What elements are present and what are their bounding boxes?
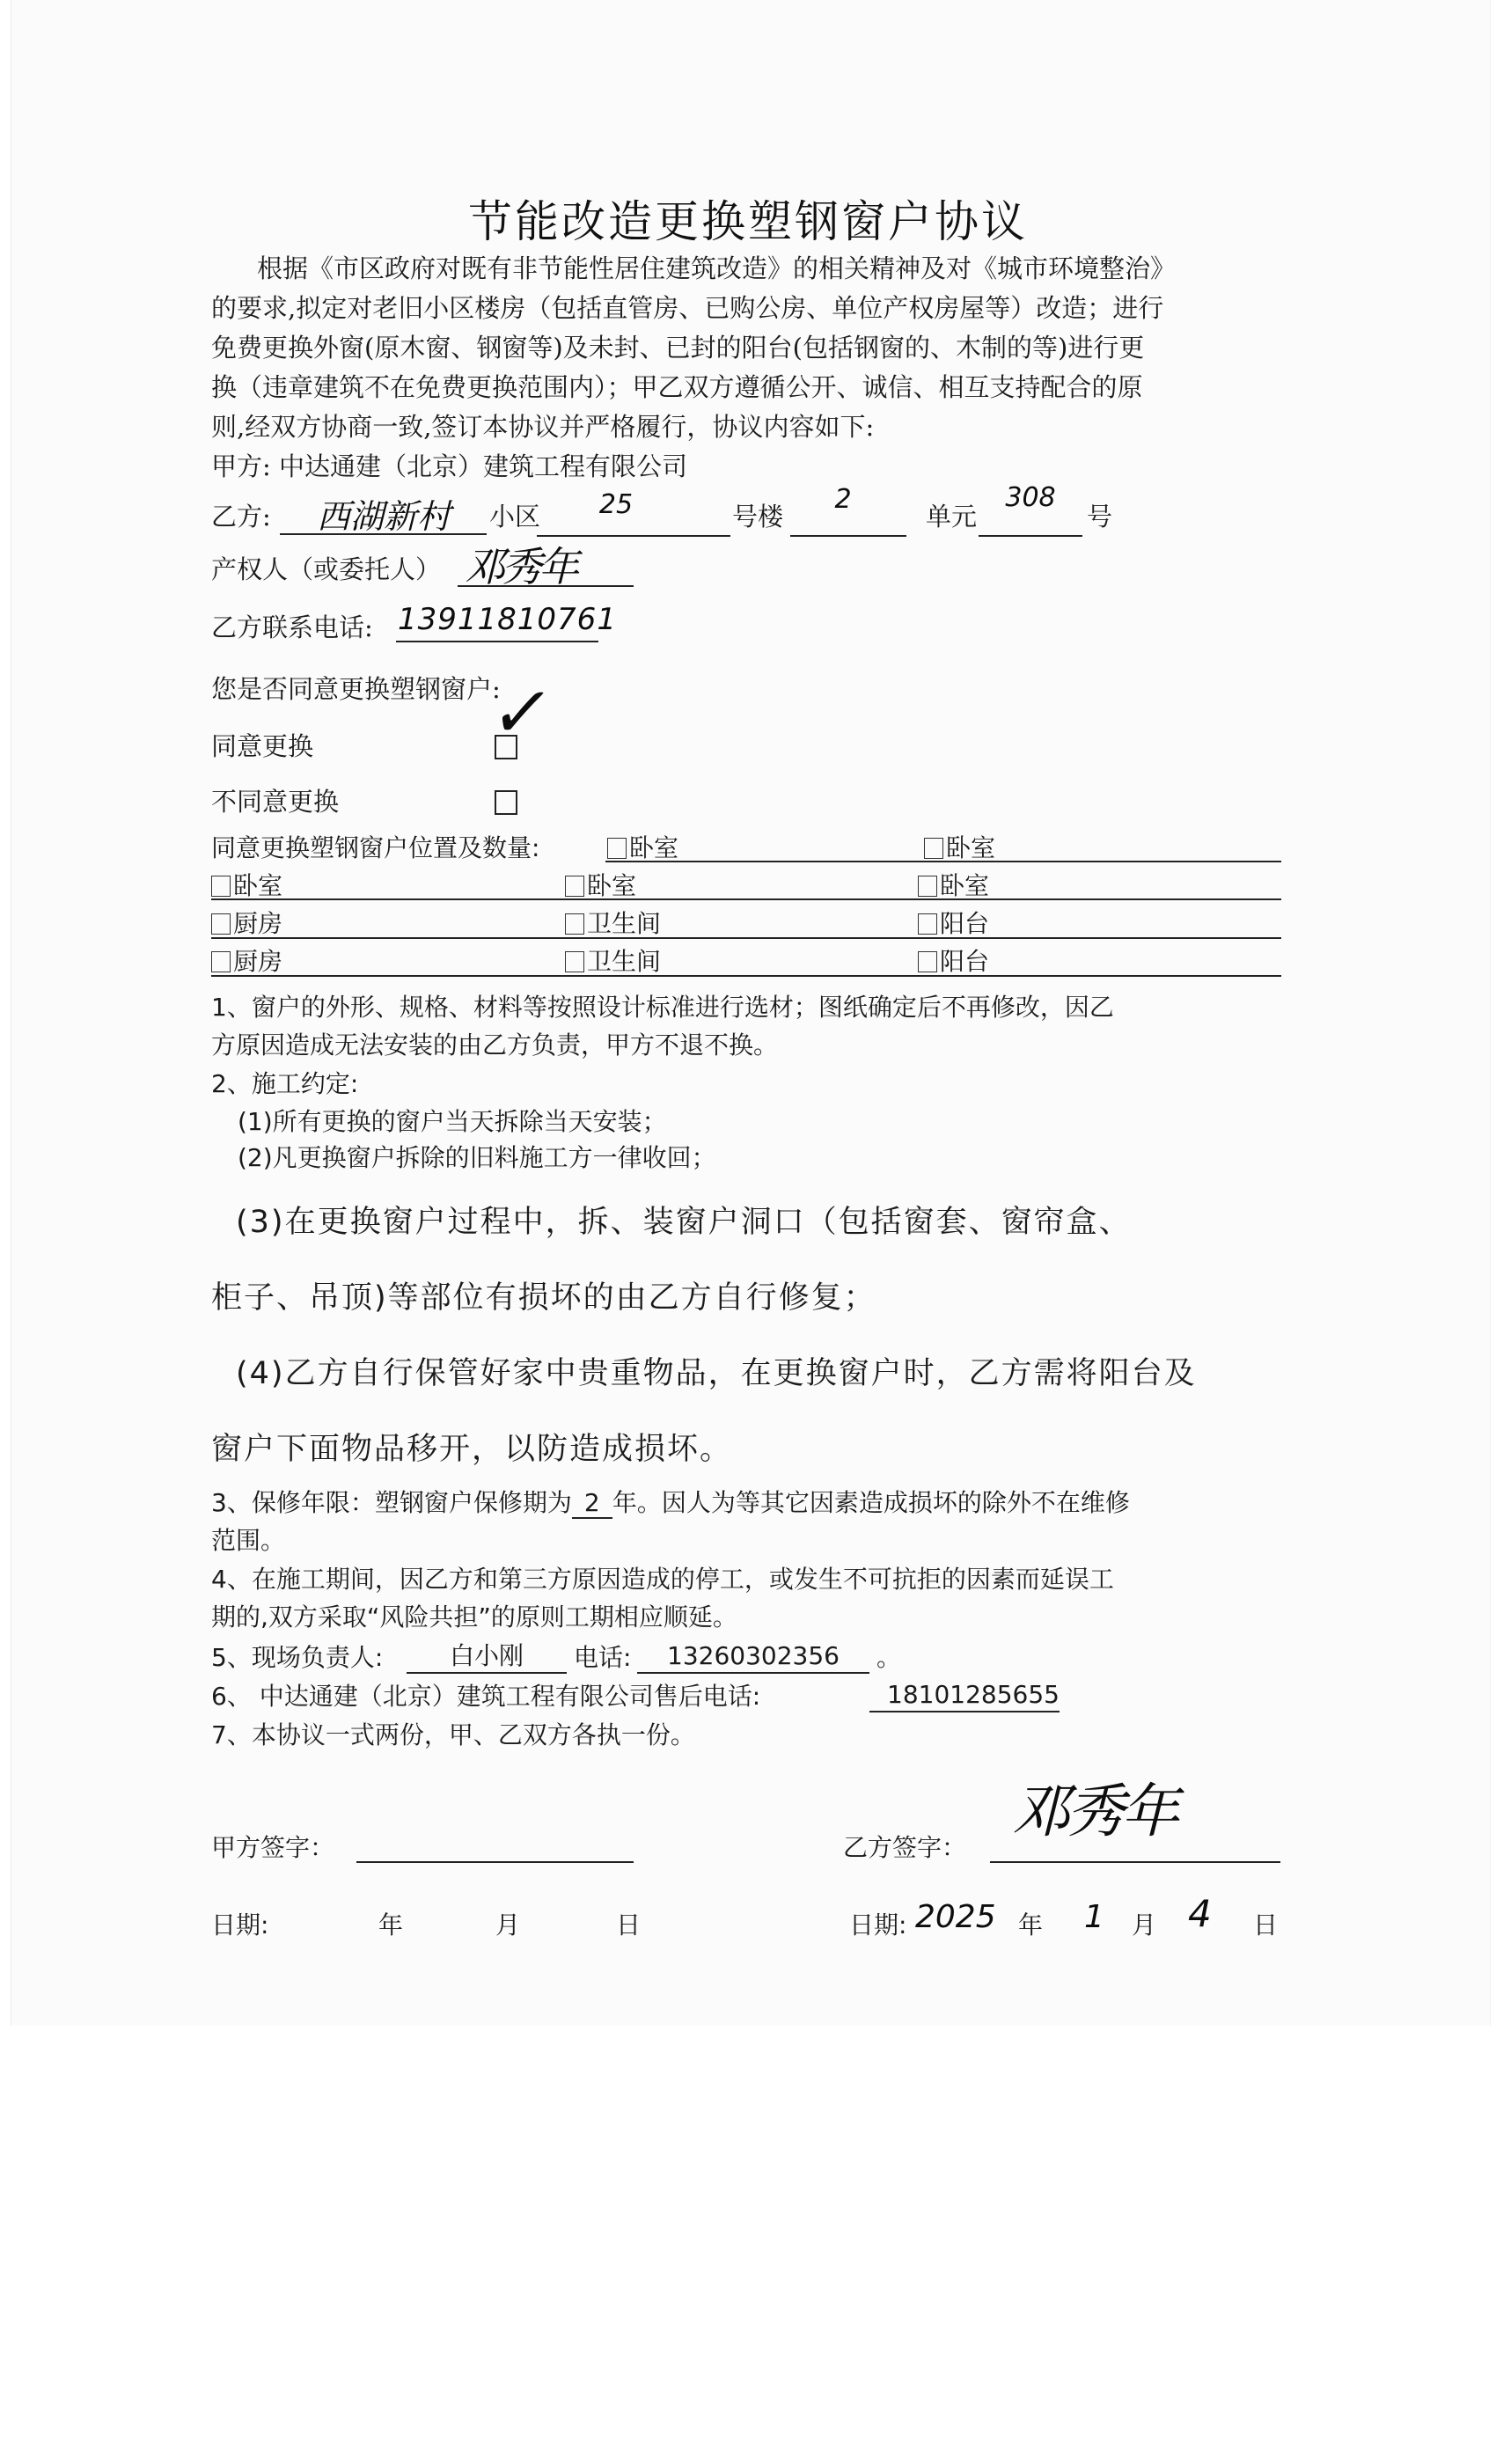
clause-4-line-2: 期的,双方采取“风险共担”的原则工期相应顺延。 <box>211 1600 737 1635</box>
clause-2-item-3-line-1: (3)在更换窗户过程中，拆、装窗户洞口（包括窗套、窗帘盒、 <box>236 1200 1132 1244</box>
checkbox-icon <box>918 951 937 972</box>
unit-underline <box>790 535 906 537</box>
document-title: 节能改造更换塑钢窗户协议 <box>0 187 1496 250</box>
location-r4-c3[interactable]: 阳台 <box>918 944 989 979</box>
clause-3-line-2: 范围。 <box>211 1523 285 1558</box>
intro-line-5: 则,经双方协商一致,签订本协议并严格履行，协议内容如下: <box>211 408 874 445</box>
party-a-date-year-unit: 年 <box>378 1908 403 1943</box>
location-row-line <box>211 898 1281 900</box>
party-a-line: 甲方: 中达通建（北京）建筑工程有限公司 <box>211 448 687 485</box>
party-b-label: 乙方: <box>211 498 271 535</box>
checkbox-icon <box>211 951 231 972</box>
checkbox-icon <box>211 913 231 935</box>
party-a-date-month-unit: 月 <box>495 1908 520 1943</box>
location-row-line <box>211 975 1281 977</box>
intro-line-3: 免费更换外窗(原木窗、钢窗等)及未封、已封的阳台(包括钢窗的、木制的等)进行更 <box>211 329 1144 366</box>
party-b-date-day-unit: 日 <box>1253 1908 1278 1943</box>
party-b-signature[interactable]: 邓秀年 <box>1012 1764 1176 1848</box>
building-field[interactable]: 25 <box>537 489 695 520</box>
unit-field[interactable]: 2 <box>790 484 896 515</box>
location-r3-c2[interactable]: 卫生间 <box>565 906 661 942</box>
clause-5-label: 5、现场负责人: <box>211 1640 383 1676</box>
party-a-date-day-unit: 日 <box>616 1908 641 1943</box>
after-sales-phone-field[interactable]: 18101285655 <box>869 1679 1060 1712</box>
checkbox-icon <box>607 838 627 859</box>
party-b-date-year-unit: 年 <box>1018 1908 1043 1943</box>
clause-2-item-1: (1)所有更换的窗户当天拆除当天安装； <box>238 1104 667 1140</box>
location-row-line <box>605 861 1281 862</box>
location-r3-c3[interactable]: 阳台 <box>918 906 989 942</box>
party-a-signature-field[interactable] <box>356 1861 634 1863</box>
phone-field[interactable]: 13911810761 <box>398 602 617 637</box>
consent-agree-label: 同意更换 <box>211 728 313 765</box>
phone-label: 乙方联系电话: <box>211 609 373 646</box>
room-field[interactable]: 308 <box>979 482 1082 513</box>
location-r4-c1[interactable]: 厨房 <box>211 944 282 979</box>
party-b-signature-label: 乙方签字： <box>843 1830 966 1866</box>
intro-line-4: 换（违章建筑不在免费更换范围内）；甲乙双方遵循公开、诚信、相互支持配合的原 <box>211 369 1143 406</box>
party-a-date-label: 日期: <box>211 1908 268 1943</box>
checkbox-icon <box>211 876 231 897</box>
party-b-date-year[interactable]: 2025 <box>915 1899 996 1935</box>
clause-4-line-1: 4、在施工期间，因乙方和第三方原因造成的停工，或发生不可抗拒的因素而延误工 <box>211 1562 1114 1597</box>
party-b-date-label: 日期: <box>849 1908 906 1943</box>
party-b-date-month-unit: 月 <box>1132 1908 1156 1943</box>
location-row-line <box>211 937 1281 939</box>
clause-2-item-4-line-2: 窗户下面物品移开，以防造成损坏。 <box>211 1427 732 1471</box>
consent-disagree-label: 不同意更换 <box>211 783 339 820</box>
party-b-date-day[interactable]: 4 <box>1188 1892 1212 1935</box>
party-b-date-month[interactable]: 1 <box>1084 1899 1104 1935</box>
intro-line-2: 的要求,拟定对老旧小区楼房（包括直管房、已购公房、单位产权房屋等）改造；进行 <box>211 290 1163 326</box>
site-manager-phone-field[interactable]: 13260302356 <box>637 1640 869 1674</box>
clause-2-item-3-line-2: 柜子、吊顶)等部位有损坏的由乙方自行修复； <box>211 1276 876 1320</box>
room-underline <box>979 535 1082 537</box>
clause-7: 7、本协议一式两份，甲、乙双方各执一份。 <box>211 1718 695 1753</box>
checkbox-icon <box>918 876 937 897</box>
owner-signature[interactable]: 邓秀年 <box>465 535 576 593</box>
location-r3-c1[interactable]: 厨房 <box>211 906 282 942</box>
unit-suffix: 单元 <box>926 498 977 535</box>
party-a-name: 中达通建（北京）建筑工程有限公司 <box>279 451 687 481</box>
warranty-years-field[interactable]: 2 <box>572 1489 612 1519</box>
locations-label: 同意更换塑钢窗户位置及数量: <box>211 831 539 866</box>
clause-2-item-4-line-1: (4)乙方自行保管好家中贵重物品，在更换窗户时，乙方需将阳台及 <box>236 1352 1197 1396</box>
clause-3-line-1: 3、保修年限：塑钢窗户保修期为2年。因人为等其它因素造成损坏的除外不在维修 <box>211 1485 1130 1521</box>
room-suffix: 号 <box>1087 498 1112 535</box>
owner-label: 产权人（或委托人） <box>211 551 441 588</box>
community-field[interactable]: 西湖新村 <box>278 489 489 538</box>
location-r4-c2[interactable]: 卫生间 <box>565 944 661 979</box>
clause-2-item-2: (2)凡更换窗户拆除的旧料施工方一律收回； <box>238 1140 716 1176</box>
site-manager-phone-label: 电话: <box>574 1640 631 1676</box>
checkmark-icon: ✓ <box>487 678 558 748</box>
checkbox-icon <box>565 951 584 972</box>
party-a-label: 甲方: <box>211 451 271 481</box>
party-b-signature-underline <box>990 1861 1280 1863</box>
consent-question: 您是否同意更换塑钢窗户: <box>211 671 501 708</box>
clause-2-title: 2、施工约定: <box>211 1067 358 1102</box>
community-suffix: 小区 <box>489 498 540 535</box>
site-manager-field[interactable]: 白小刚 <box>407 1640 567 1674</box>
checkbox-icon <box>565 913 584 935</box>
checkbox-icon <box>924 838 943 859</box>
clause-5-end: 。 <box>876 1640 901 1676</box>
intro-line-1: 根据《市区政府对既有非节能性居住建筑改造》的相关精神及对《城市环境整治》 <box>257 250 1176 287</box>
party-a-signature-label: 甲方签字： <box>211 1830 334 1866</box>
clause-1-line-1: 1、窗户的外形、规格、材料等按照设计标准进行选材；图纸确定后不再修改，因乙 <box>211 990 1114 1025</box>
checkbox-icon <box>918 913 937 935</box>
clause-1-line-2: 方原因造成无法安装的由乙方负责，甲方不退不换。 <box>211 1028 778 1063</box>
phone-underline <box>396 641 598 642</box>
consent-disagree-checkbox[interactable] <box>495 790 517 815</box>
clause-6-label: 6、 中达通建（北京）建筑工程有限公司售后电话: <box>211 1679 760 1714</box>
building-suffix: 号楼 <box>732 498 783 535</box>
checkbox-icon <box>565 876 584 897</box>
